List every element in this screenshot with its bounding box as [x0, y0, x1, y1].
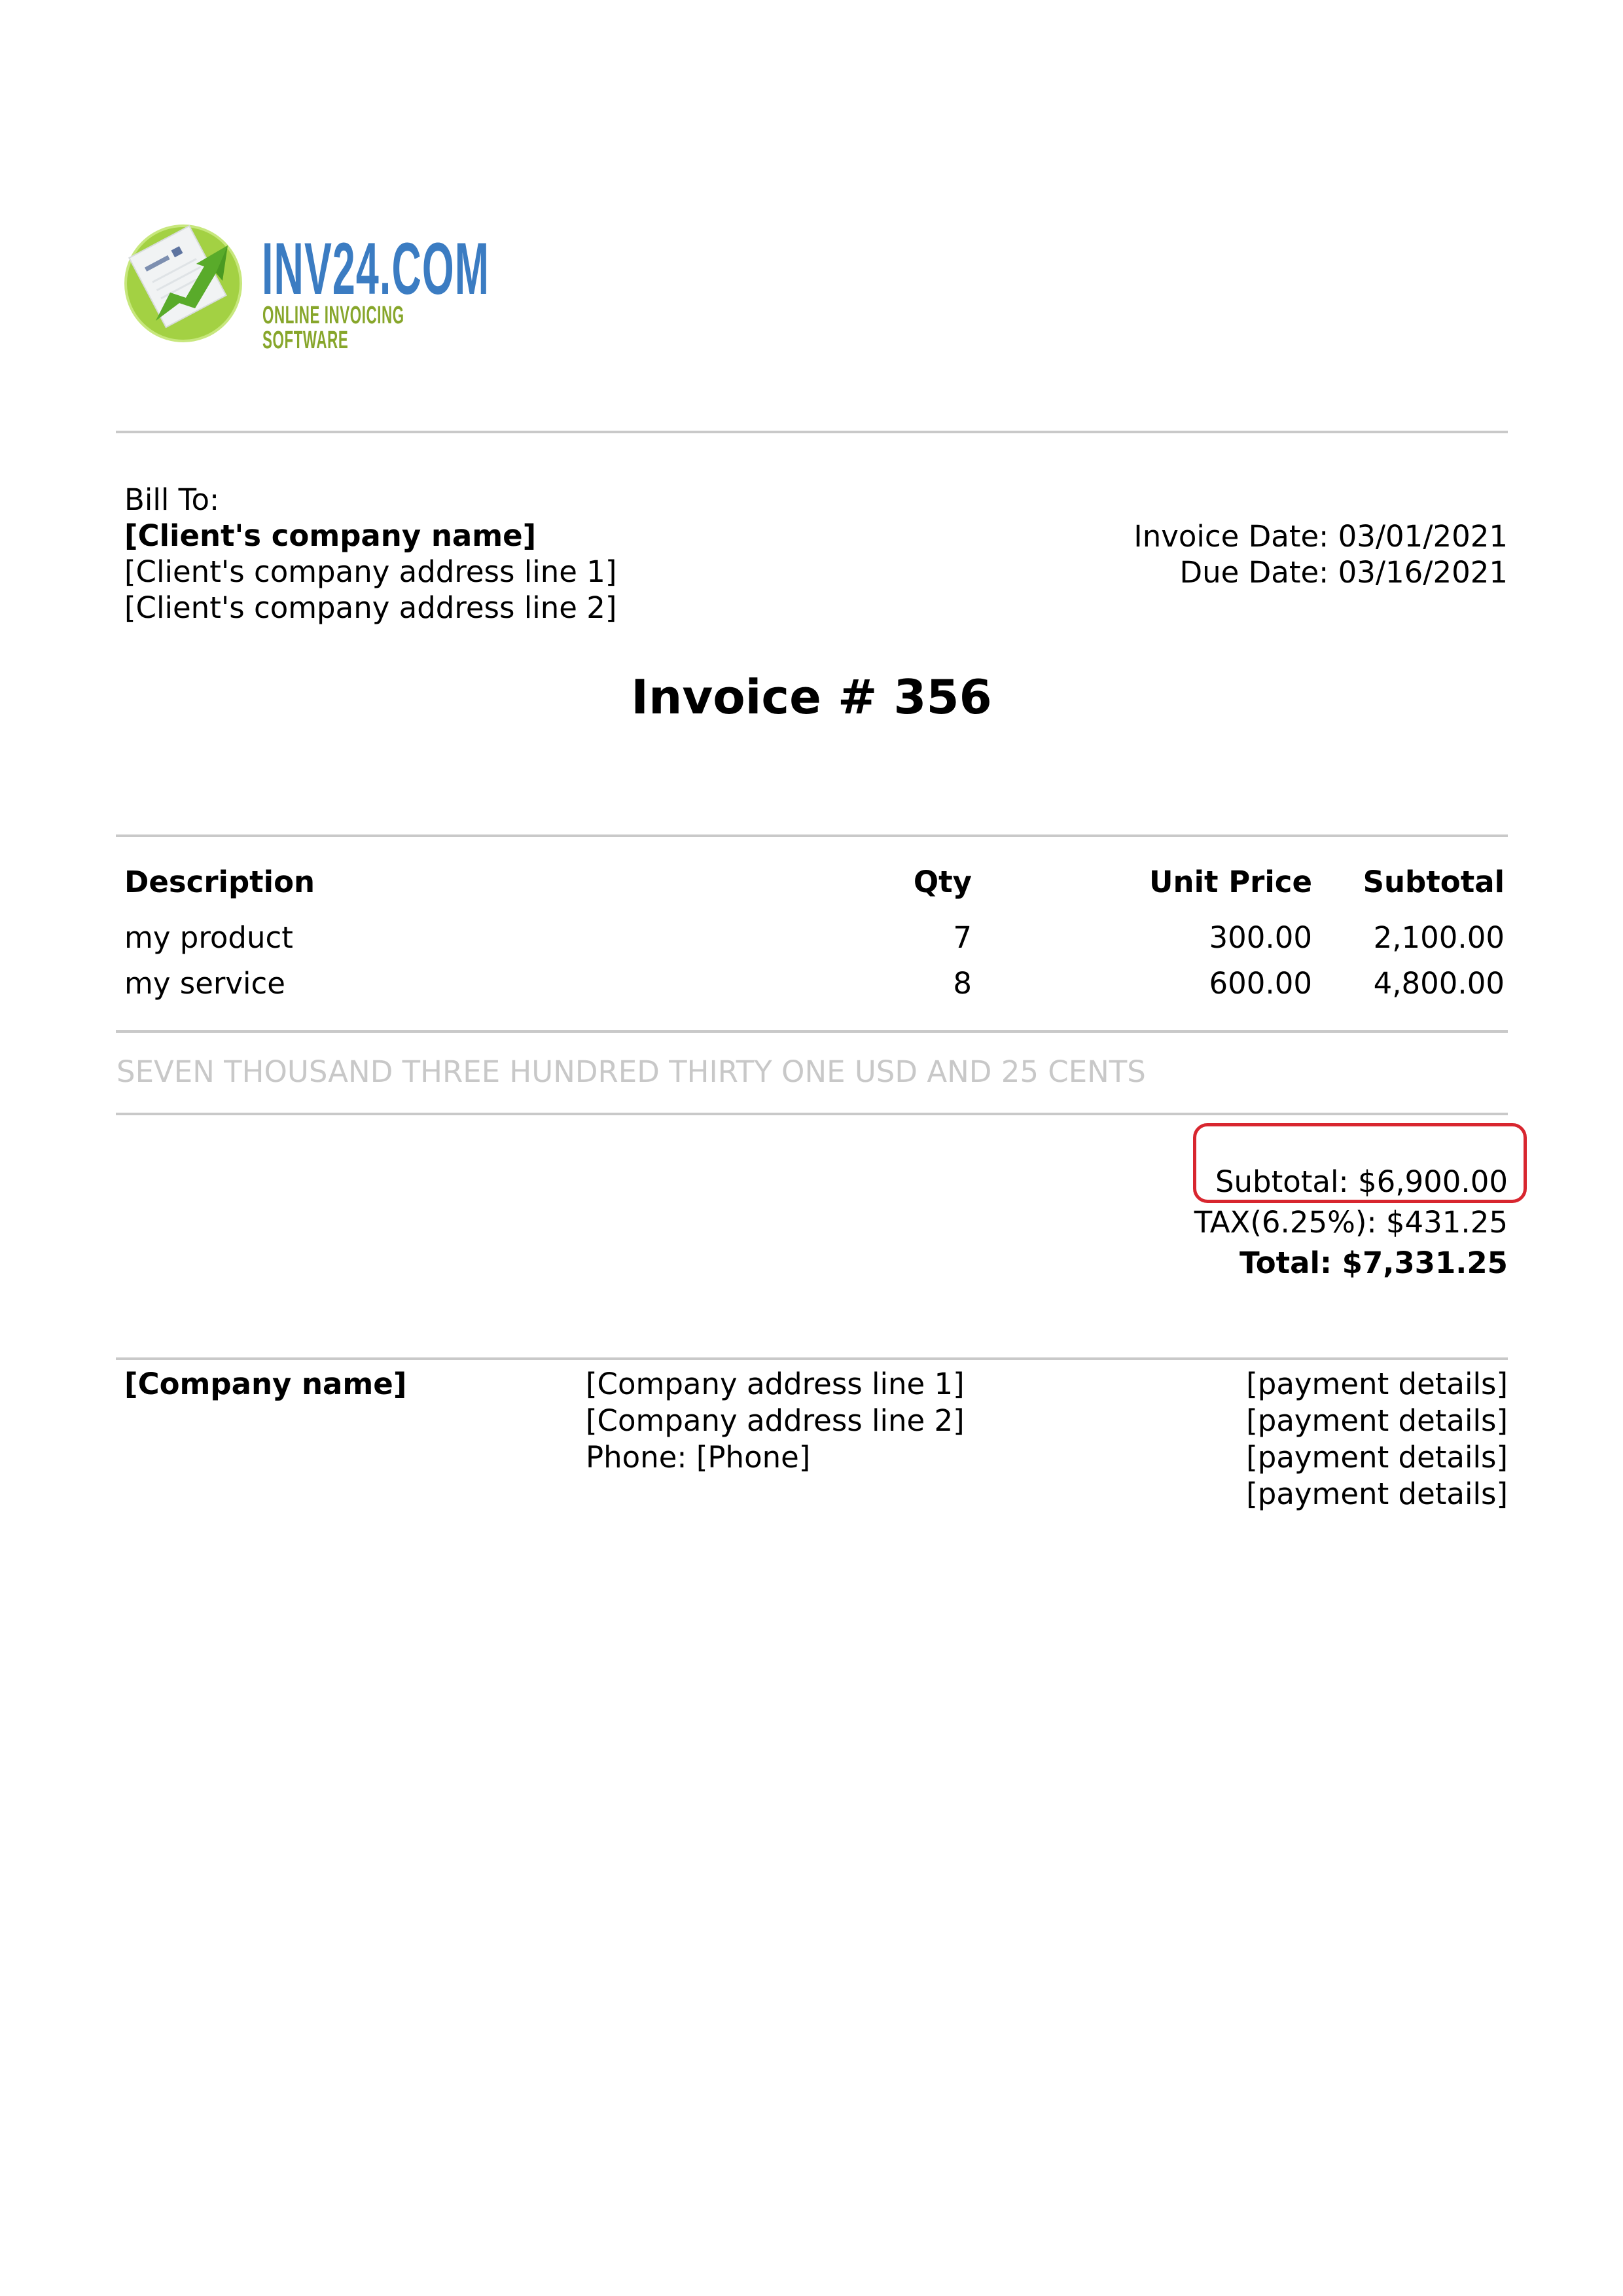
table-top-divider [116, 834, 1508, 837]
invoice-growth-arrow-icon [118, 213, 249, 344]
footer-address: [Company address line 1] [Company addres… [586, 1366, 965, 1476]
bill-to-label: Bill To: [124, 482, 616, 518]
footer-address-line-1: [Company address line 1] [586, 1366, 965, 1403]
item-qty: 7 [953, 920, 972, 956]
footer-address-line-2: [Company address line 2] [586, 1403, 965, 1439]
footer-company-name: [Company name] [124, 1366, 406, 1403]
invoice-title: Invoice # 356 [0, 668, 1623, 726]
header-divider [116, 431, 1508, 433]
table-header-row: Description Qty Unit Price Subtotal [124, 864, 1508, 920]
client-address-line-2: [Client's company address line 2] [124, 590, 616, 626]
item-unit-price: 300.00 [1209, 920, 1312, 956]
total-amount: Total: $7,331.25 [1194, 1243, 1508, 1283]
footer-company: [Company name] [124, 1366, 406, 1403]
client-address-line-1: [Client's company address line 1] [124, 554, 616, 590]
payment-details-line: [payment details] [1246, 1366, 1508, 1403]
item-description: my service [124, 965, 285, 1001]
item-subtotal: 2,100.00 [1374, 920, 1505, 956]
line-items-table: Description Qty Unit Price Subtotal my p… [124, 864, 1508, 1011]
invoice-date: Invoice Date: 03/01/2021 [1133, 518, 1508, 554]
item-description: my product [124, 920, 293, 956]
logo-tagline: ONLINE INVOICING SOFTWARE [262, 303, 416, 353]
invoice-dates: Invoice Date: 03/01/2021 Due Date: 03/16… [1133, 518, 1508, 590]
payment-details-line: [payment details] [1246, 1403, 1508, 1439]
column-header-qty: Qty [914, 864, 972, 900]
logo-title: INV24.COM [262, 232, 490, 306]
client-company-name: [Client's company name] [124, 518, 616, 554]
column-header-unit-price: Unit Price [1149, 864, 1312, 900]
footer-divider [116, 1357, 1508, 1360]
payment-details-line: [payment details] [1246, 1476, 1508, 1513]
amount-in-words: SEVEN THOUSAND THREE HUNDRED THIRTY ONE … [116, 1054, 1146, 1090]
item-qty: 8 [953, 965, 972, 1001]
column-header-description: Description [124, 864, 315, 900]
item-unit-price: 600.00 [1209, 965, 1312, 1001]
company-logo: INV24.COM ONLINE INVOICING SOFTWARE [118, 213, 524, 344]
item-subtotal: 4,800.00 [1374, 965, 1505, 1001]
table-row: my service 8 600.00 4,800.00 [124, 965, 1508, 1011]
amount-words-divider [116, 1113, 1508, 1115]
payment-details-line: [payment details] [1246, 1439, 1508, 1476]
table-row: my product 7 300.00 2,100.00 [124, 920, 1508, 965]
tax-amount: TAX(6.25%): $431.25 [1194, 1202, 1508, 1243]
totals-block: Subtotal: $6,900.00 TAX(6.25%): $431.25 … [1194, 1162, 1508, 1283]
footer-payment-details: [payment details] [payment details] [pay… [1246, 1366, 1508, 1513]
bill-to-block: Bill To: [Client's company name] [Client… [124, 482, 616, 626]
subtotal-amount: Subtotal: $6,900.00 [1194, 1162, 1508, 1202]
footer-phone: Phone: [Phone] [586, 1439, 965, 1476]
column-header-subtotal: Subtotal [1363, 864, 1505, 900]
due-date: Due Date: 03/16/2021 [1133, 554, 1508, 590]
table-bottom-divider [116, 1030, 1508, 1033]
